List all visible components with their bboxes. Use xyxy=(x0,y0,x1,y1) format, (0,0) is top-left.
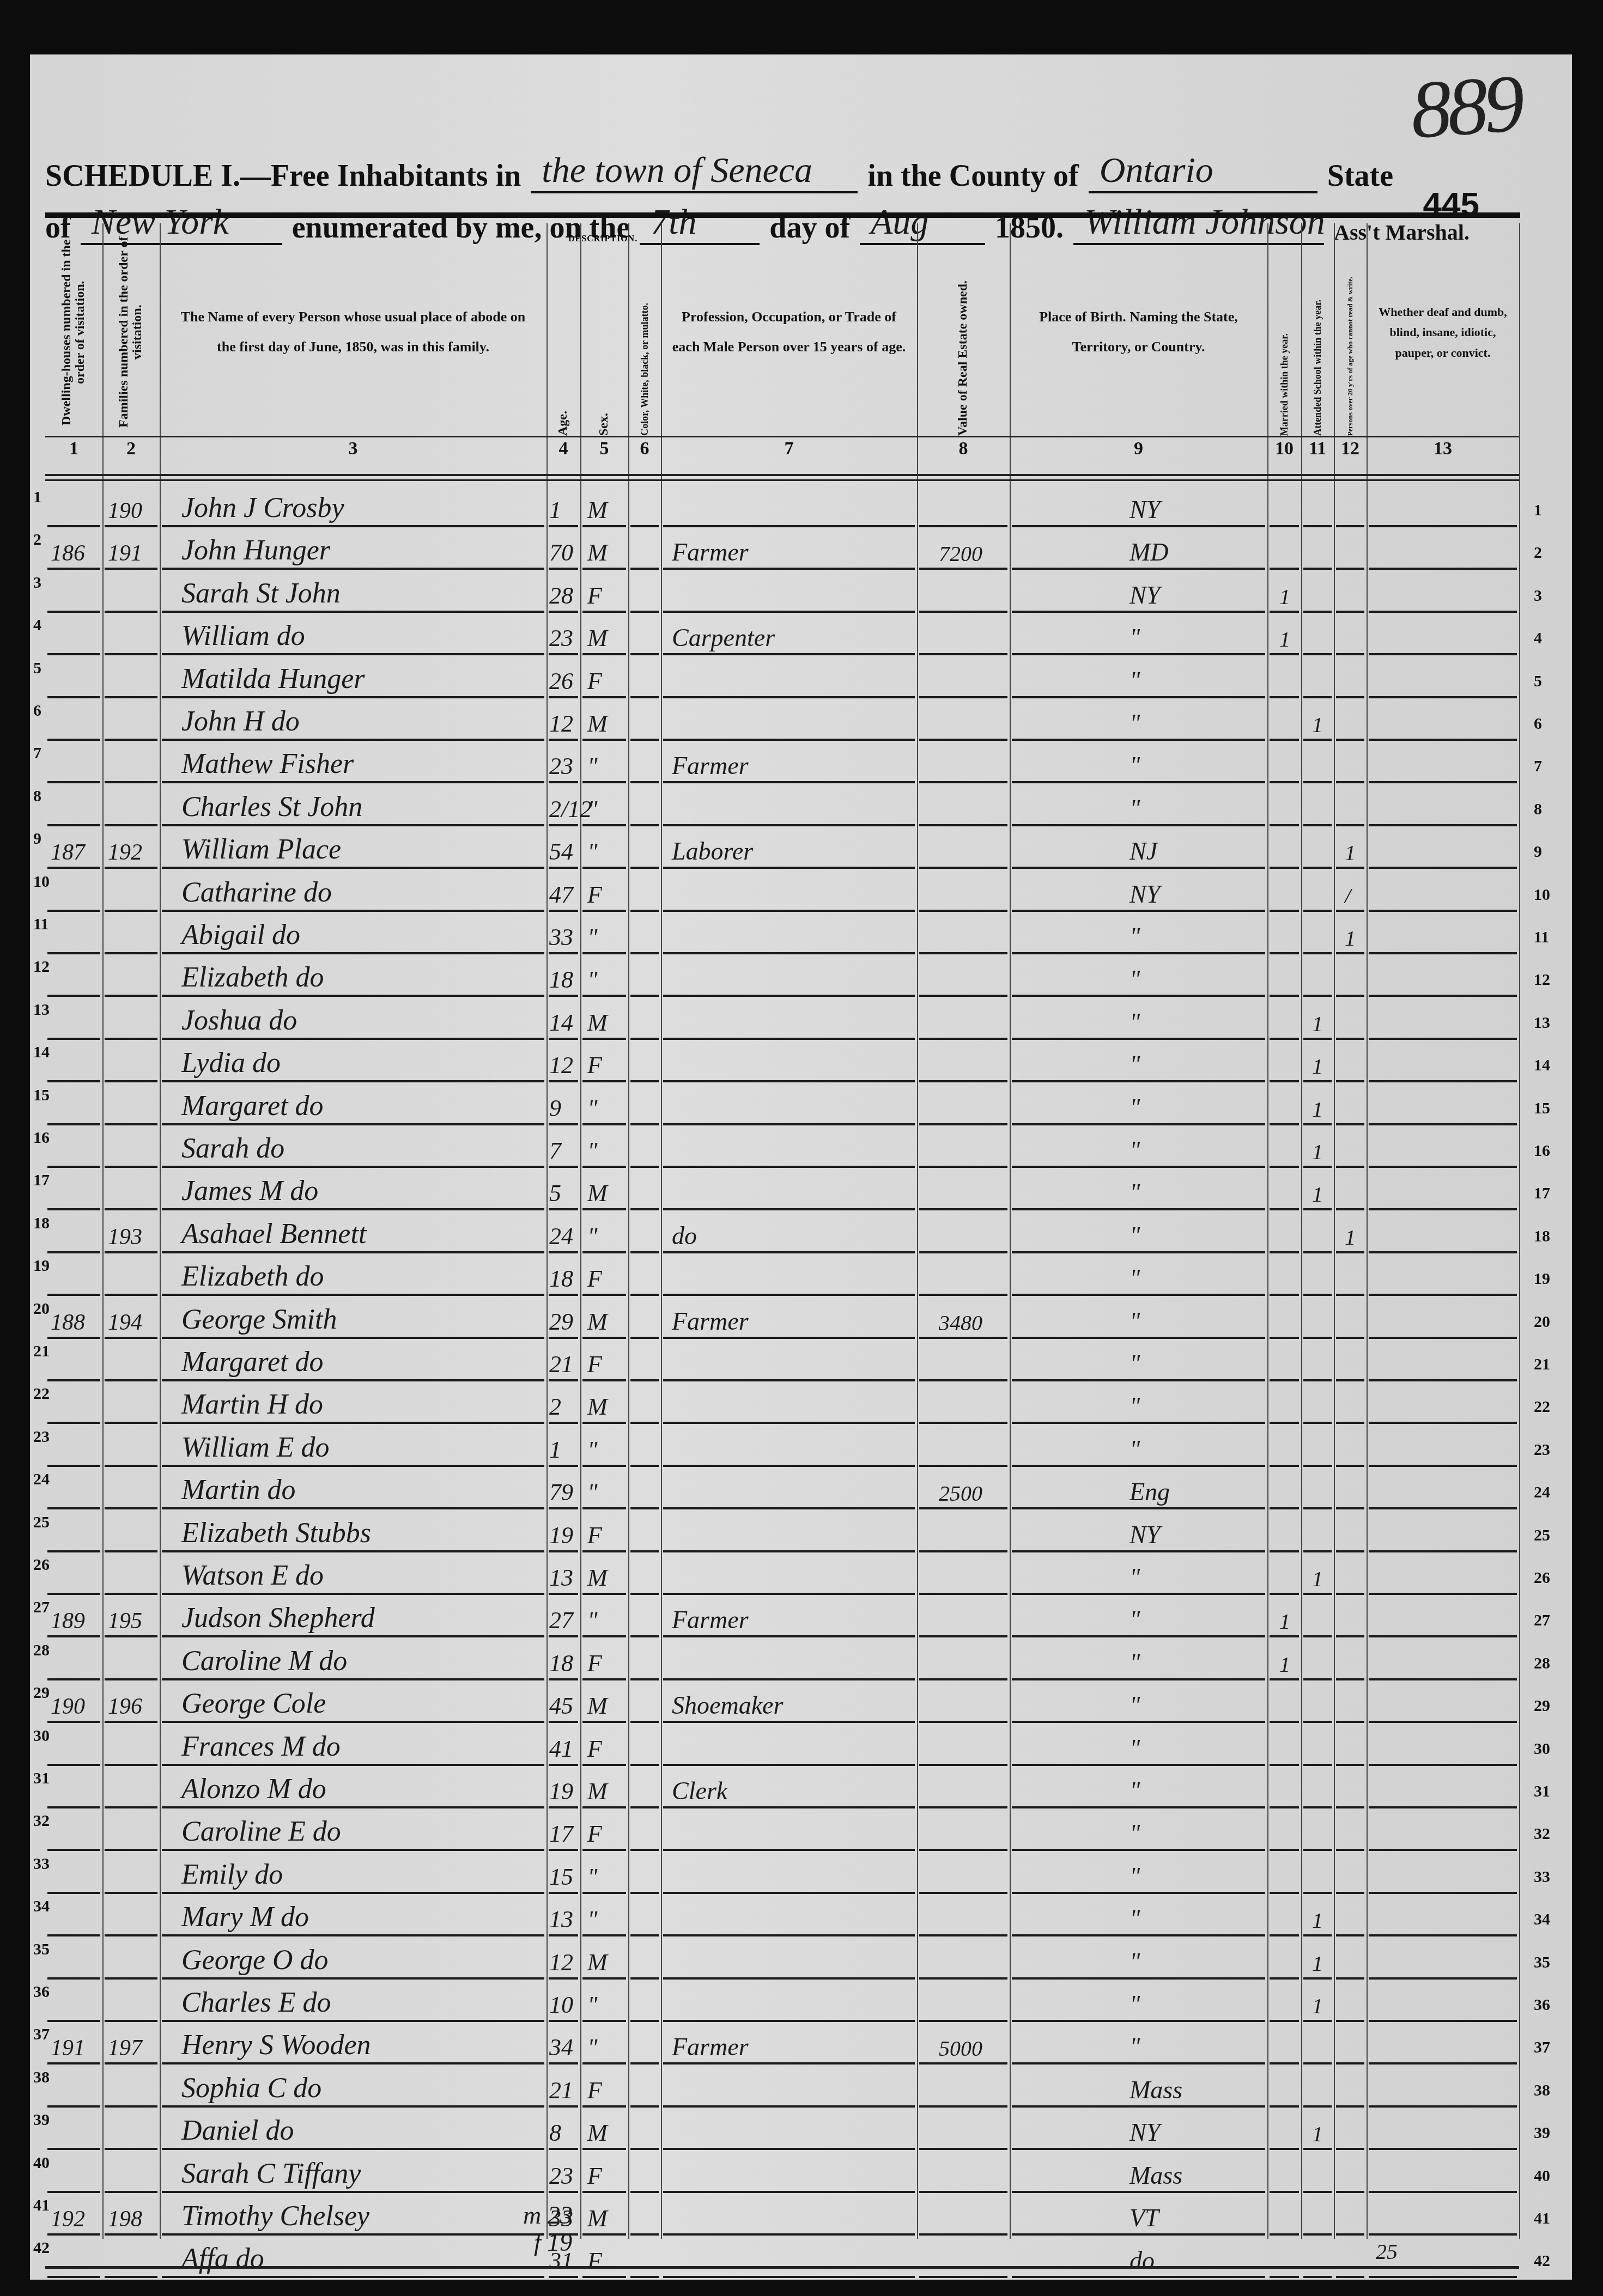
row-rule xyxy=(1270,1635,1299,1637)
row-rule xyxy=(1303,1465,1332,1467)
row-rule xyxy=(162,1764,544,1766)
row-rule xyxy=(1270,2105,1299,2108)
row-rule xyxy=(549,568,578,570)
cell-sex: " xyxy=(587,1222,597,1250)
row-rule xyxy=(1369,1721,1517,1723)
cell-name: Timothy Chelsey xyxy=(181,2200,369,2232)
row-rule xyxy=(47,824,100,826)
col-number: 3 xyxy=(160,439,547,472)
row-rule xyxy=(1270,2191,1299,2193)
row-rule xyxy=(582,1721,626,1723)
row-rule xyxy=(549,995,578,997)
line-number-right: 20 xyxy=(1534,1313,1550,1331)
table-row: 99187192William Place54"LaborerNJ1 xyxy=(45,826,1522,869)
cell-age: 14 xyxy=(549,1009,573,1037)
row-rule xyxy=(1012,2233,1265,2236)
row-rule xyxy=(1012,1465,1265,1467)
cell-sex: M xyxy=(587,496,608,524)
row-rule xyxy=(162,995,544,997)
row-rule xyxy=(1270,781,1299,783)
row-rule xyxy=(1270,2148,1299,2150)
row-rule xyxy=(663,2062,915,2064)
cell-name: Henry S Wooden xyxy=(181,2029,371,2061)
row-rule xyxy=(549,867,578,869)
row-rule xyxy=(1270,1465,1299,1467)
row-rule xyxy=(1270,1593,1299,1595)
row-rule xyxy=(1303,1678,1332,1680)
cell-birthplace: " xyxy=(1130,1648,1140,1677)
cell-name: William Place xyxy=(181,833,341,866)
cell-name: John Hunger xyxy=(181,534,330,567)
line-number-left: 40 xyxy=(33,2154,50,2172)
line-number-left: 6 xyxy=(33,702,41,720)
row-rule xyxy=(1336,1678,1364,1680)
row-rule xyxy=(1270,611,1299,613)
row-rule xyxy=(630,1678,659,1680)
row-rule xyxy=(549,2276,578,2278)
row-rule xyxy=(1012,1678,1265,1680)
table-row: 2727189195Judson Shepherd27"Farmer"1 xyxy=(45,1595,1522,1637)
row-rule xyxy=(47,2148,100,2150)
row-rule xyxy=(162,2148,544,2150)
cell-school: 1 xyxy=(1312,1908,1323,1933)
row-rule xyxy=(582,2062,626,2064)
col-number: 2 xyxy=(102,439,160,472)
row-rule xyxy=(1303,1849,1332,1851)
table-row: 1111Abigail do33""1 xyxy=(45,912,1522,954)
table-row: 3131Alonzo M do19MClerk" xyxy=(45,1766,1522,1808)
line-number-right: 5 xyxy=(1534,672,1542,691)
cell-sex: F xyxy=(587,1735,602,1763)
row-rule xyxy=(1369,1123,1517,1125)
cell-sex: M xyxy=(587,2204,608,2232)
table-row: 3434Mary M do13""1 xyxy=(45,1894,1522,1936)
row-rule xyxy=(1270,1934,1299,1936)
row-rule xyxy=(663,910,915,912)
col-number: 11 xyxy=(1301,439,1334,472)
cell-age: 19 xyxy=(549,1777,573,1805)
row-rule xyxy=(663,1977,915,1980)
cell-sex: " xyxy=(587,923,597,951)
cell-name: George Smith xyxy=(181,1304,337,1336)
cell-birthplace: " xyxy=(1130,1221,1140,1250)
row-rule xyxy=(1270,525,1299,527)
cell-name: Margaret do xyxy=(181,1090,323,1122)
row-rule xyxy=(630,1465,659,1467)
line-number-left: 36 xyxy=(33,1983,50,2001)
row-rule xyxy=(919,1337,1007,1339)
row-rule xyxy=(162,952,544,954)
row-rule xyxy=(1270,1166,1299,1168)
col-number: 10 xyxy=(1267,439,1301,472)
table-row: 77Mathew Fisher23"Farmer" xyxy=(45,741,1522,783)
cell-sex: M xyxy=(587,1948,608,1976)
row-rule xyxy=(919,1465,1007,1467)
row-rule xyxy=(919,2020,1007,2022)
row-rule xyxy=(47,611,100,613)
row-rule xyxy=(162,611,544,613)
row-rule xyxy=(1012,824,1265,826)
cell-sex: F xyxy=(587,1265,602,1293)
table-row: 1717James M do5M"1 xyxy=(45,1168,1522,1210)
col-header-real-estate: Value of Real Estate owned. xyxy=(917,229,1010,436)
row-rule xyxy=(919,525,1007,527)
row-rule xyxy=(582,653,626,655)
row-rule xyxy=(582,1507,626,1509)
cell-occupation: Farmer xyxy=(672,751,749,780)
cell-age: 12 xyxy=(549,1948,573,1976)
cell-illiterate: 1 xyxy=(1345,925,1356,951)
row-rule xyxy=(1336,1208,1364,1210)
line-number-right: 1 xyxy=(1534,501,1542,520)
row-rule xyxy=(1303,611,1332,613)
row-rule xyxy=(1270,1123,1299,1125)
page-note: 25 xyxy=(1376,2239,1398,2264)
table-row: 1010Catharine do47FNY/ xyxy=(45,869,1522,912)
row-rule xyxy=(549,1507,578,1509)
row-rule xyxy=(582,525,626,527)
row-rule xyxy=(582,1934,626,1936)
row-rule xyxy=(1270,1849,1299,1851)
cell-name: Abigail do xyxy=(181,919,300,951)
row-rule xyxy=(919,2276,1007,2278)
row-rule xyxy=(1369,2191,1517,2193)
row-rule xyxy=(1369,1038,1517,1040)
cell-illiterate: 1 xyxy=(1345,840,1356,866)
row-rule xyxy=(1336,1294,1364,1296)
row-rule xyxy=(549,739,578,741)
row-rule xyxy=(162,2276,544,2278)
row-rule xyxy=(1012,1038,1265,1040)
line-number-left: 38 xyxy=(33,2068,50,2087)
row-rule xyxy=(1303,952,1332,954)
row-rule xyxy=(582,1806,626,1808)
row-rule xyxy=(1303,2191,1332,2193)
row-rule xyxy=(105,1251,157,1253)
row-rule xyxy=(1012,568,1265,570)
line-number-right: 3 xyxy=(1534,587,1542,605)
cell-sex: " xyxy=(587,1094,597,1122)
cell-married: 1 xyxy=(1279,1652,1290,1677)
line-number-left: 2 xyxy=(33,531,41,549)
row-rule xyxy=(1336,1635,1364,1637)
cell-name: Catharine do xyxy=(181,876,332,909)
row-rule xyxy=(549,1550,578,1552)
row-rule xyxy=(663,1422,915,1424)
row-rule xyxy=(162,1977,544,1980)
row-rule xyxy=(47,1379,100,1381)
cell-married: 1 xyxy=(1279,584,1290,610)
row-rule xyxy=(919,2233,1007,2236)
row-rule xyxy=(582,1038,626,1040)
row-rule xyxy=(582,1849,626,1851)
row-rule xyxy=(1270,696,1299,698)
line-number-right: 9 xyxy=(1534,843,1542,861)
line-number-left: 20 xyxy=(33,1300,50,1318)
row-rule xyxy=(1336,525,1364,527)
cell-age: 1 xyxy=(549,496,561,524)
row-rule xyxy=(630,1123,659,1125)
cell-age: 29 xyxy=(549,1308,573,1336)
cell-age: 28 xyxy=(549,582,573,610)
row-rule xyxy=(663,1080,915,1082)
row-rule xyxy=(162,2233,544,2236)
cell-real-estate: 2500 xyxy=(939,1481,982,1506)
row-rule xyxy=(1303,1337,1332,1339)
cell-dwelling: 188 xyxy=(51,1310,85,1336)
row-rule xyxy=(630,2276,659,2278)
line-number-right: 17 xyxy=(1534,1184,1550,1203)
row-rule xyxy=(663,1294,915,1296)
row-rule xyxy=(1303,1422,1332,1424)
row-rule xyxy=(105,611,157,613)
row-rule xyxy=(162,739,544,741)
row-rule xyxy=(1303,781,1332,783)
row-rule xyxy=(549,1123,578,1125)
cell-sex: " xyxy=(587,1137,597,1165)
row-rule xyxy=(582,1337,626,1339)
row-rule xyxy=(47,1251,100,1253)
line-number-left: 15 xyxy=(33,1086,50,1105)
row-rule xyxy=(1369,1764,1517,1766)
row-rule xyxy=(630,2233,659,2236)
row-rule xyxy=(919,2191,1007,2193)
row-rule xyxy=(630,1337,659,1339)
row-rule xyxy=(1303,653,1332,655)
cell-birthplace: " xyxy=(1130,666,1140,695)
cell-sex: F xyxy=(587,1521,602,1549)
row-rule xyxy=(1336,1251,1364,1253)
row-rule xyxy=(663,2191,915,2193)
row-rule xyxy=(162,867,544,869)
row-rule xyxy=(47,1593,100,1595)
row-rule xyxy=(1369,739,1517,741)
row-rule xyxy=(549,525,578,527)
cell-birthplace: " xyxy=(1130,1008,1140,1037)
row-rule xyxy=(630,1593,659,1595)
row-rule xyxy=(1012,1422,1265,1424)
row-rule xyxy=(1270,2233,1299,2236)
row-rule xyxy=(47,1678,100,1680)
row-rule xyxy=(1303,1635,1332,1637)
row-rule xyxy=(105,568,157,570)
cell-sex: F xyxy=(587,2076,602,2104)
row-rule xyxy=(549,2148,578,2150)
cell-sex: F xyxy=(587,1350,602,1378)
line-number-left: 33 xyxy=(33,1855,50,1873)
row-rule xyxy=(549,1721,578,1723)
row-rule xyxy=(1369,1422,1517,1424)
row-rule xyxy=(47,1806,100,1808)
table-row: 2929190196George Cole45MShoemaker" xyxy=(45,1680,1522,1723)
cell-school: 1 xyxy=(1312,1097,1323,1122)
row-rule xyxy=(1270,824,1299,826)
row-rule xyxy=(663,1678,915,1680)
cell-name: Sarah C Tiffany xyxy=(181,2158,361,2190)
row-rule xyxy=(105,1635,157,1637)
cell-school: 1 xyxy=(1312,1182,1323,1207)
row-rule xyxy=(105,1166,157,1168)
cell-age: 12 xyxy=(549,710,573,738)
cell-birthplace: " xyxy=(1130,965,1140,994)
row-rule xyxy=(47,1465,100,1467)
row-rule xyxy=(1012,1379,1265,1381)
row-rule xyxy=(1336,781,1364,783)
cell-occupation: Farmer xyxy=(672,1307,749,1336)
row-rule xyxy=(1336,1038,1364,1040)
row-rule xyxy=(582,2148,626,2150)
row-rule xyxy=(630,2191,659,2193)
line-number-right: 37 xyxy=(1534,2038,1550,2057)
row-rule xyxy=(549,1977,578,1980)
cell-school: 1 xyxy=(1312,1566,1323,1592)
row-rule xyxy=(630,1849,659,1851)
col-header-family: Families numbered in the order of visita… xyxy=(102,229,160,436)
row-rule xyxy=(630,568,659,570)
table-row: 3838Sophia C do21FMass xyxy=(45,2065,1522,2108)
row-rule xyxy=(1012,1977,1265,1980)
cell-birthplace: " xyxy=(1130,1862,1140,1891)
row-rule xyxy=(582,1080,626,1082)
row-rule xyxy=(47,1892,100,1894)
line-number-left: 29 xyxy=(33,1684,50,1702)
cell-age: 21 xyxy=(549,2076,573,2104)
row-rule xyxy=(919,739,1007,741)
row-rule xyxy=(162,696,544,698)
line-number-right: 19 xyxy=(1534,1270,1550,1288)
col-header-birthplace: Place of Birth. Naming the State, Territ… xyxy=(1010,229,1267,436)
table-row: 2121Margaret do21F" xyxy=(45,1339,1522,1381)
cell-sex: M xyxy=(587,1564,608,1592)
row-rule xyxy=(1369,1166,1517,1168)
row-rule xyxy=(162,1678,544,1680)
row-rule xyxy=(1270,1507,1299,1509)
line-number-right: 2 xyxy=(1534,544,1542,562)
table-row: 2323William E do1"" xyxy=(45,1424,1522,1467)
row-rule xyxy=(1270,1977,1299,1980)
cell-sex: M xyxy=(587,2119,608,2147)
cell-birthplace: do xyxy=(1130,2246,1155,2275)
row-rule xyxy=(1012,525,1265,527)
row-rule xyxy=(1369,568,1517,570)
row-rule xyxy=(1336,1593,1364,1595)
line-number-left: 5 xyxy=(33,659,41,678)
row-rule xyxy=(630,1507,659,1509)
cell-sex: " xyxy=(587,1606,597,1634)
row-rule xyxy=(1369,2105,1517,2108)
cell-name: Emily do xyxy=(181,1859,283,1891)
row-rule xyxy=(1369,525,1517,527)
county-field: Ontario xyxy=(1089,150,1317,193)
table-row: 33Sarah St John28FNY1 xyxy=(45,570,1522,613)
row-rule xyxy=(630,1422,659,1424)
row-rule xyxy=(1012,1806,1265,1808)
cell-birthplace: Eng xyxy=(1130,1477,1170,1506)
row-rule xyxy=(1369,1550,1517,1552)
row-rule xyxy=(582,2233,626,2236)
row-rule xyxy=(630,1721,659,1723)
row-rule xyxy=(105,653,157,655)
row-rule xyxy=(1303,1593,1332,1595)
line-number-right: 30 xyxy=(1534,1740,1550,1758)
row-rule xyxy=(1012,2062,1265,2064)
cell-birthplace: " xyxy=(1130,1178,1140,1207)
row-rule xyxy=(919,653,1007,655)
cell-family: 198 xyxy=(108,2206,142,2232)
line-number-right: 15 xyxy=(1534,1099,1550,1118)
cell-name: William do xyxy=(181,620,305,652)
cell-sex: " xyxy=(587,2033,597,2061)
row-rule xyxy=(47,1635,100,1637)
table-row: 4242Affa do31Fdo xyxy=(45,2236,1522,2278)
line-number-right: 31 xyxy=(1534,1782,1550,1801)
cell-family: 190 xyxy=(108,498,142,524)
row-rule xyxy=(1336,1080,1364,1082)
row-rule xyxy=(162,2105,544,2108)
row-rule xyxy=(162,824,544,826)
row-rule xyxy=(1012,910,1265,912)
row-rule xyxy=(663,568,915,570)
row-rule xyxy=(162,568,544,570)
row-rule xyxy=(1270,1294,1299,1296)
row-rule xyxy=(630,867,659,869)
cell-age: 23 xyxy=(549,624,573,652)
row-rule xyxy=(919,1123,1007,1125)
row-rule xyxy=(663,1593,915,1595)
row-rule xyxy=(1303,867,1332,869)
row-rule xyxy=(582,2276,626,2278)
row-rule xyxy=(582,1166,626,1168)
cell-age: 23 xyxy=(549,752,573,780)
col-header-age: Age. xyxy=(547,229,580,436)
line-number-right: 13 xyxy=(1534,1014,1550,1032)
col-header-occupation: Profession, Occupation, or Trade of each… xyxy=(661,229,917,436)
table-row: 1212Elizabeth do18"" xyxy=(45,954,1522,997)
row-rule xyxy=(1012,2020,1265,2022)
row-rule xyxy=(105,1465,157,1467)
cell-age: 26 xyxy=(549,667,573,695)
row-rule xyxy=(105,1507,157,1509)
row-rule xyxy=(663,1934,915,1936)
row-rule xyxy=(630,1892,659,1894)
row-rule xyxy=(1270,1038,1299,1040)
row-rule xyxy=(1369,1507,1517,1509)
place-field: the town of Seneca xyxy=(531,150,858,193)
cell-age: 10 xyxy=(549,1991,573,2019)
row-rule xyxy=(549,1294,578,1296)
row-rule xyxy=(630,1294,659,1296)
cell-birthplace: " xyxy=(1130,794,1140,823)
line-number-right: 32 xyxy=(1534,1825,1550,1843)
schedule-title: SCHEDULE I.—Free Inhabitants in xyxy=(45,159,521,193)
cell-name: Watson E do xyxy=(181,1560,324,1592)
row-rule xyxy=(919,1507,1007,1509)
line-number-left: 13 xyxy=(33,1001,50,1019)
col-header-name: The Name of every Person whose usual pla… xyxy=(160,229,547,436)
cell-name: Joshua do xyxy=(181,1004,297,1037)
row-rule xyxy=(1270,1422,1299,1424)
row-rule xyxy=(1270,1721,1299,1723)
cell-sex: " xyxy=(587,966,597,994)
row-rule xyxy=(47,1977,100,1980)
cell-occupation: do xyxy=(672,1221,697,1250)
cell-age: 13 xyxy=(549,1905,573,1933)
table-row: 3939Daniel do8MNY1 xyxy=(45,2108,1522,2150)
row-rule xyxy=(1336,1337,1364,1339)
line-number-left: 8 xyxy=(33,787,41,806)
cell-birthplace: " xyxy=(1130,1776,1140,1805)
line-number-right: 34 xyxy=(1534,1910,1550,1929)
